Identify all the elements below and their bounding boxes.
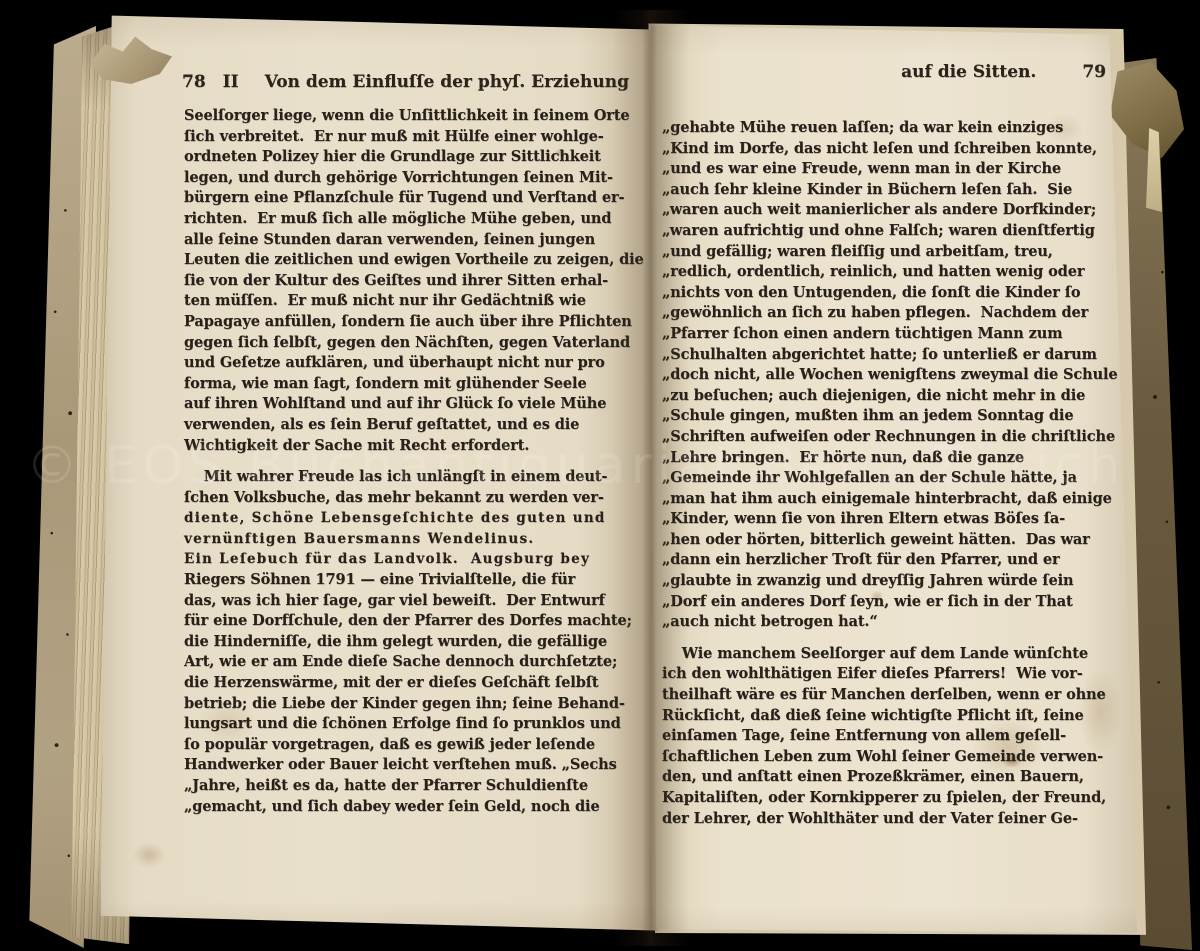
text-line: „gehabte Mühe reuen laſſen; da war kein … <box>662 118 1116 139</box>
text-line: ſie von der Kultur des Geiſtes und ihrer… <box>184 271 646 292</box>
text-line: „waren auch weit manierlicher als andere… <box>662 200 1116 221</box>
text-line: „und gefällig; waren fleiſſig und arbeit… <box>662 242 1116 263</box>
text-line: „Lehre bringen. Er hörte nun, daß die ga… <box>662 448 1116 469</box>
text-line: „Kinder, wenn ſie von ihren Eltern etwas… <box>662 509 1116 530</box>
text-line: betrieb; die Liebe der Kinder gegen ihn;… <box>184 694 646 715</box>
text-line: Mit wahrer Freude las ich unlängſt in ei… <box>184 467 646 488</box>
text-line: „Dorf ein anderes Dorf ſeyn, wie er ſich… <box>662 592 1116 613</box>
text-line: ich den wohlthätigen Eifer dieſes Pfarre… <box>662 664 1116 685</box>
text-line: die Hinderniſſe, die ihm gelegt wurden, … <box>184 632 646 653</box>
text-line: „und es war eine Freude, wenn man in der… <box>662 159 1116 180</box>
text-line: Papagaye anfüllen, ſondern ſie auch über… <box>184 312 646 333</box>
text-line <box>662 633 1116 644</box>
text-line: „auch ſehr kleine Kinder in Büchern leſe… <box>662 180 1116 201</box>
right-page: auf die Sitten. 79 „gehabte Mühe reuen l… <box>648 18 1143 944</box>
text-line: der Lehrer, der Wohlthäter und der Vater… <box>662 809 1116 830</box>
text-line: Seelſorger liege, wenn die Unſittlichkei… <box>184 106 646 127</box>
text-line: theilhaft wäre es für Manchen derſelben,… <box>662 685 1116 706</box>
text-line: den, und anſtatt einen Prozeßkrämer, ein… <box>662 767 1116 788</box>
text-line: Riegers Söhnen 1791 — eine Trivialſtelle… <box>184 570 646 591</box>
running-title: auf die Sitten. <box>901 62 1036 82</box>
text-line: „zu beſuchen; auch diejenigen, die nicht… <box>662 386 1116 407</box>
text-line: legen, und durch gehörige Vorrichtungen … <box>184 168 646 189</box>
text-line: Rückſicht, daß dieß ſeine wichtigſte Pfl… <box>662 706 1116 727</box>
text-line: „gewöhnlich an ſich zu haben pflegen. Na… <box>662 303 1116 324</box>
text-line: „man hat ihm auch einigemale hinterbrach… <box>662 489 1116 510</box>
left-page-header: 78 II Von dem Einfluſſe der phyſ. Erzieh… <box>182 72 642 92</box>
text-line: ſchaftlichen Leben zum Wohl ſeiner Gemei… <box>662 747 1116 768</box>
text-line: auf ihren Wohlſtand und auf ihr Glück ſo… <box>184 394 646 415</box>
text-line: „Jahre, heißt es da, hatte der Pfarrer S… <box>184 776 646 797</box>
book-photo: 78 II Von dem Einfluſſe der phyſ. Erzieh… <box>0 0 1200 951</box>
text-line: ordneten Polizey hier die Grundlage zur … <box>184 147 646 168</box>
text-line: richten. Er muß ſich alle mögliche Mühe … <box>184 209 646 230</box>
text-line: „waren aufrichtig und ohne Falſch; waren… <box>662 221 1116 242</box>
text-line: ſo populär vorgetragen, daß es gewiß jed… <box>184 735 646 756</box>
text-line: Ein Leſebuch für das Landvolk. Augsburg … <box>184 549 646 570</box>
text-line: ſich verbreitet. Er nur muß mit Hülfe ei… <box>184 127 646 148</box>
text-line: Leuten die zeitlichen und ewigen Vorthei… <box>184 250 646 271</box>
text-line: „Schriften aufweiſen oder Rechnungen in … <box>662 427 1116 448</box>
page-number: 79 <box>1082 62 1106 82</box>
text-line: „hen oder hörten, bitterlich geweint hät… <box>662 530 1116 551</box>
text-line: „Schule gingen, mußten ihm an jedem Sonn… <box>662 406 1116 427</box>
text-line: und Geſetze aufklären, und überhaupt nic… <box>184 353 646 374</box>
text-line <box>184 456 646 467</box>
text-line: bürgern eine Pflanzſchule für Tugend und… <box>184 188 646 209</box>
text-line: Kapitaliſten, oder Kornkipperer zu ſpiel… <box>662 788 1116 809</box>
text-line: „Kind im Dorfe, das nicht leſen und ſchr… <box>662 139 1116 160</box>
running-title: Von dem Einfluſſe der phyſ. Erziehung <box>265 72 629 92</box>
text-line: Wichtigkeit der Sache mit Recht erforder… <box>184 436 646 457</box>
text-line: diente, Schöne Lebensgeſchichte des gute… <box>184 508 646 529</box>
page-number: 78 <box>182 72 206 92</box>
text-line: „dann ein herzlicher Troſt für den Pfarr… <box>662 550 1116 571</box>
text-line: Handwerker oder Bauer leicht verſtehen m… <box>184 755 646 776</box>
text-line: „glaubte in zwanzig und dreyſſig Jahren … <box>662 571 1116 592</box>
text-line: das, was ich hier ſage, gar viel beweiſt… <box>184 591 646 612</box>
text-line: vernünftigen Bauersmanns Wendelinus. <box>184 529 646 550</box>
text-line: „gemacht, und ſich dabey weder ſein Geld… <box>184 797 646 818</box>
text-line: die Herzenswärme, mit der er dieſes Geſc… <box>184 673 646 694</box>
text-line: alle ſeine Stunden daran verwenden, ſein… <box>184 230 646 251</box>
text-line: „redlich, ordentlich, reinlich, und hatt… <box>662 262 1116 283</box>
text-line: für eine Dorfſchule, den der Pfarrer des… <box>184 611 646 632</box>
right-page-header: auf die Sitten. 79 <box>662 62 1114 82</box>
text-line: lungsart und die ſchönen Erfolge ſind ſo… <box>184 714 646 735</box>
left-page-text: Seelſorger liege, wenn die Unſittlichkei… <box>184 106 646 817</box>
text-line: „Gemeinde ihr Wohlgefallen an der Schule… <box>662 468 1116 489</box>
text-line: ten müſſen. Er muß nicht nur ihr Gedächt… <box>184 291 646 312</box>
left-page: 78 II Von dem Einfluſſe der phyſ. Erzieh… <box>96 10 658 938</box>
text-line: Art, wie er am Ende dieſe Sache dennoch … <box>184 652 646 673</box>
text-line: „auch nicht betrogen hat.“ <box>662 612 1116 633</box>
stain <box>132 842 166 868</box>
text-line: verwenden, als es ſein Beruf geſtattet, … <box>184 415 646 436</box>
text-line: ſchen Volksbuche, das mehr bekannt zu we… <box>184 488 646 509</box>
text-line: „Schulhalten abgerichtet hatte; ſo unter… <box>662 345 1116 366</box>
text-line: gegen ſich ſelbſt, gegen den Nächſten, g… <box>184 333 646 354</box>
text-line: forma, wie man ſagt, ſondern mit glühend… <box>184 374 646 395</box>
right-page-text: „gehabte Mühe reuen laſſen; da war kein … <box>662 118 1116 829</box>
text-line: „doch nicht, alle Wochen wenigſtens zwey… <box>662 365 1116 386</box>
chapter-number: II <box>223 72 239 92</box>
text-line: einſamen Tage, ſeine Entfernung von alle… <box>662 726 1116 747</box>
text-line: „Pfarrer ſchon einen andern tüchtigen Ma… <box>662 324 1116 345</box>
text-line: „nichts von den Untugenden, die ſonſt di… <box>662 283 1116 304</box>
text-line: Wie manchem Seelſorger auf dem Lande wün… <box>662 644 1116 665</box>
